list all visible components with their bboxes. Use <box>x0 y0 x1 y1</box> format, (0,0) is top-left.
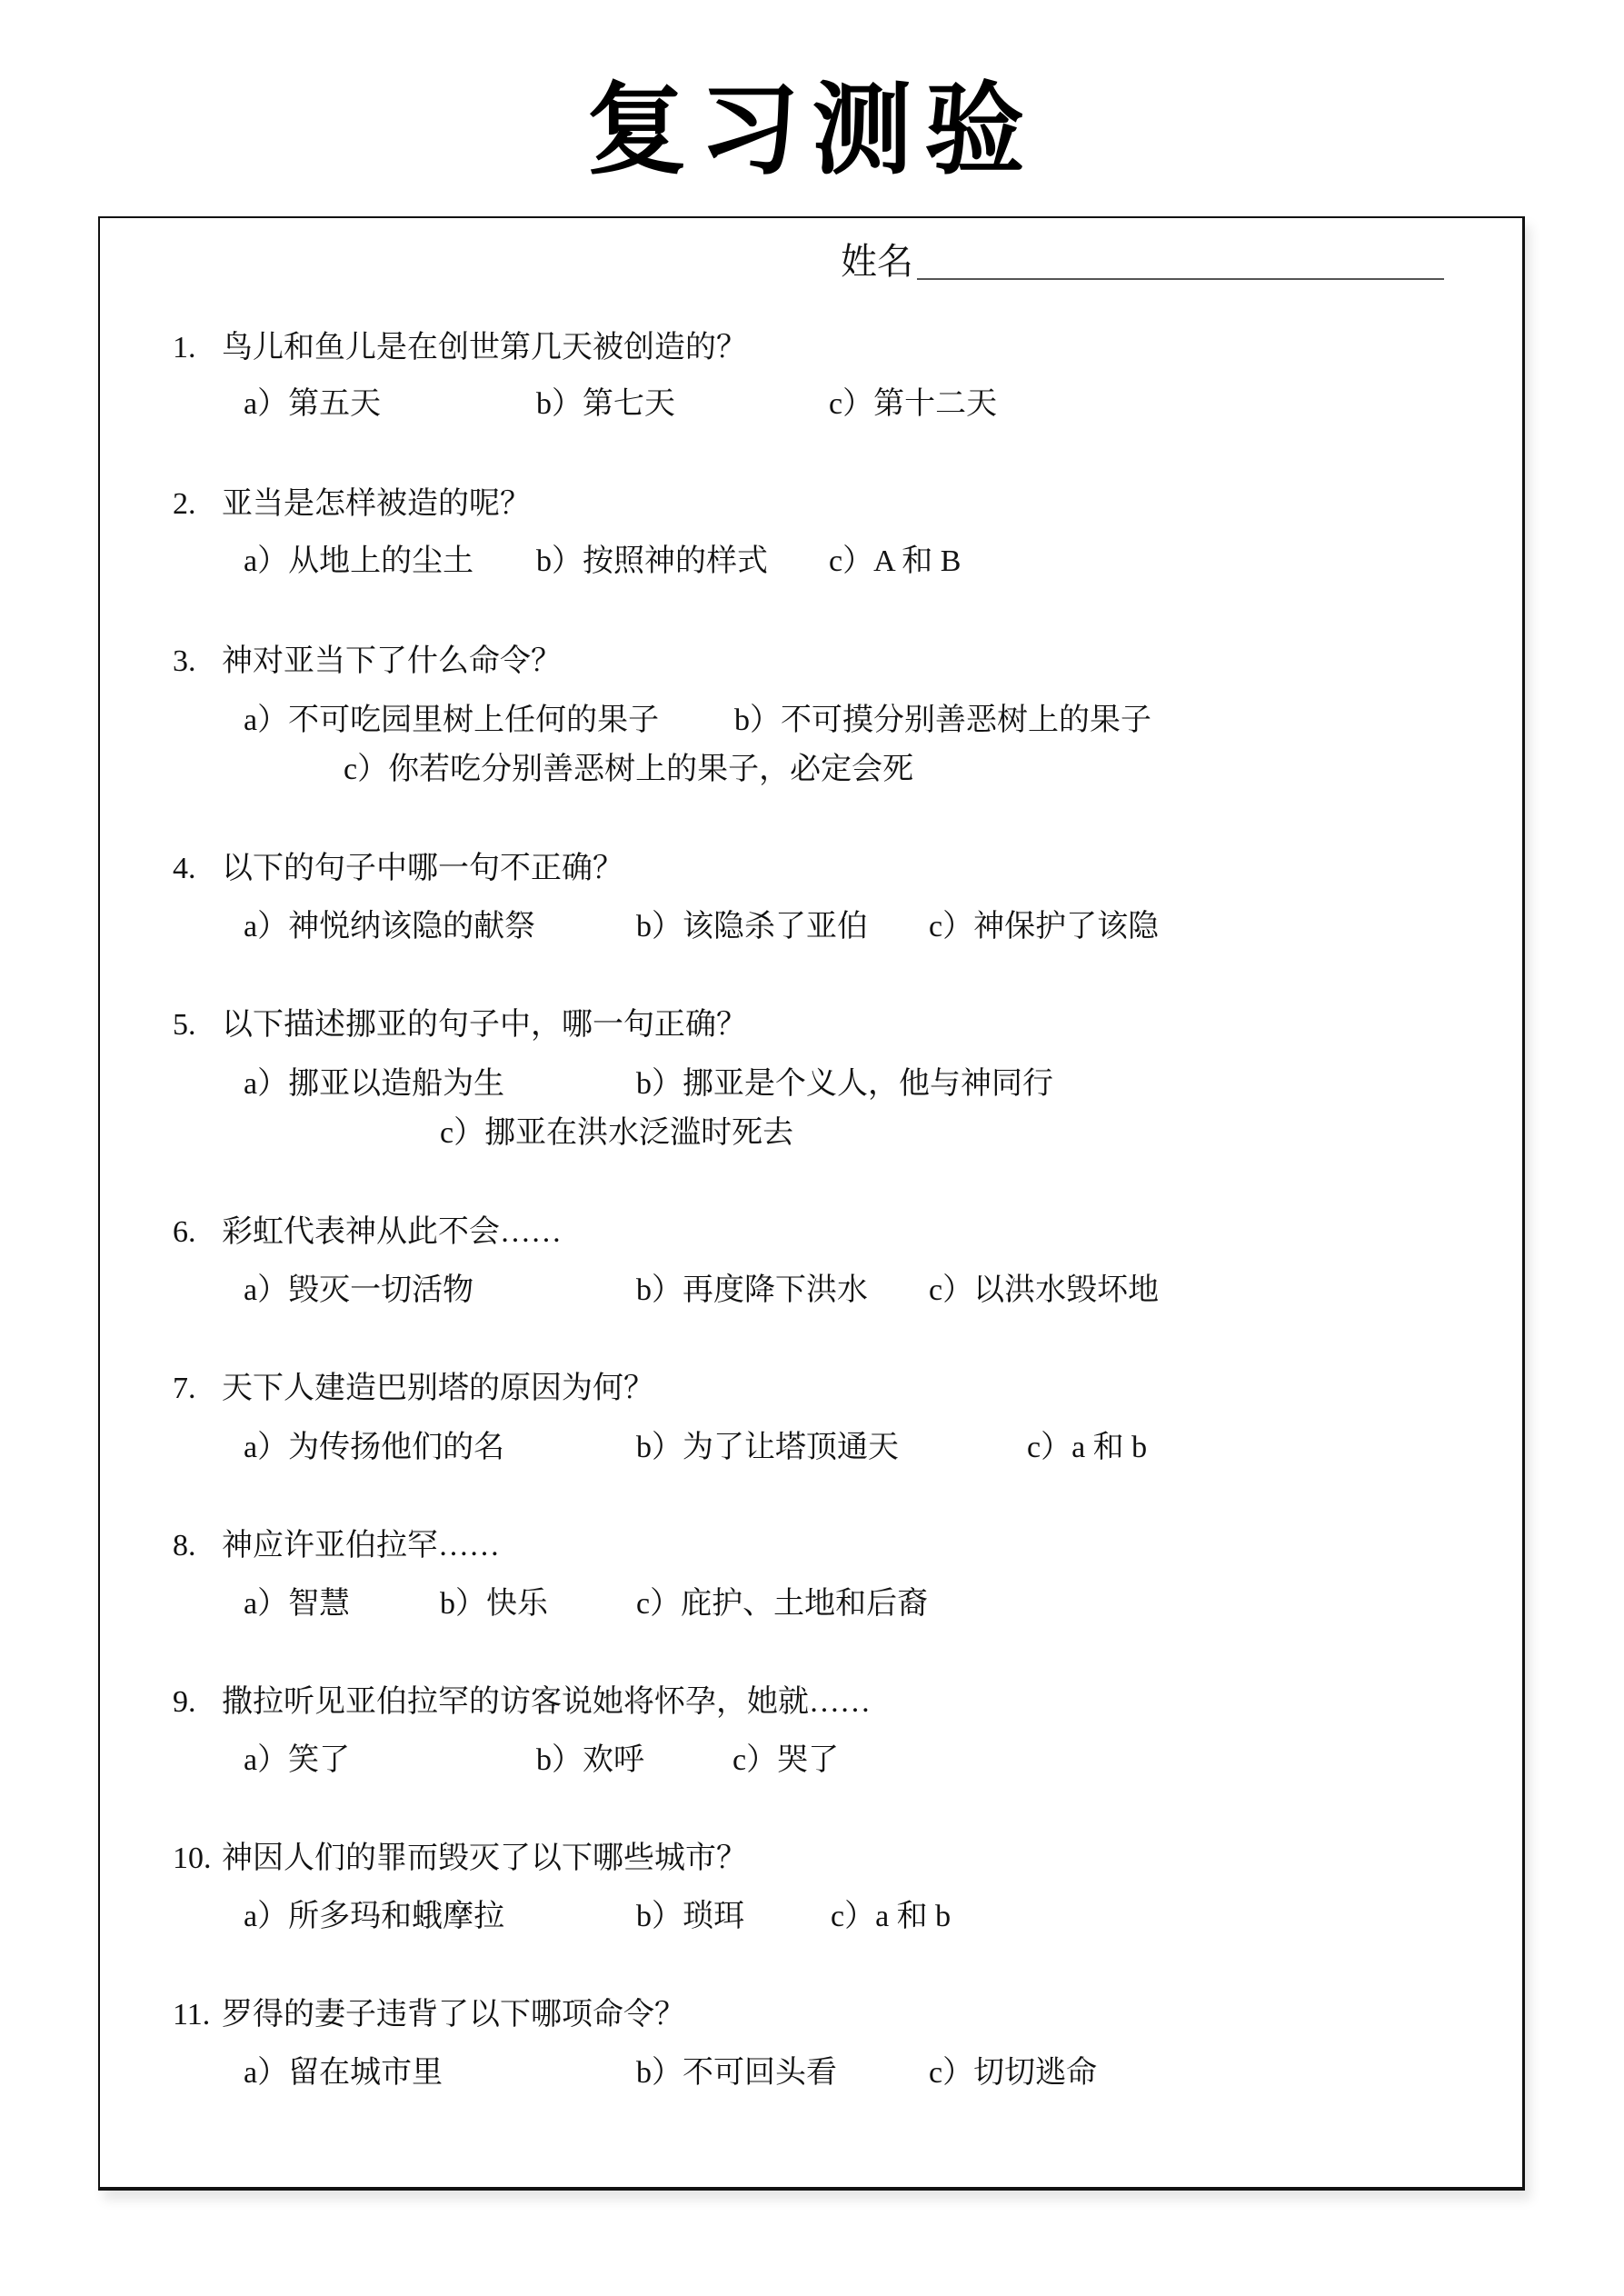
question-11: 11.罗得的妻子违背了以下哪项命令？ <box>173 2000 685 2031</box>
question-1: 1.鸟儿和鱼儿是在创世第几天被创造的？ <box>173 333 747 364</box>
name-field-row: 姓名 <box>841 244 1444 280</box>
question-2: 2.亚当是怎样被造的呢？ <box>173 489 531 520</box>
question-4: 4.以下的句子中哪一句不正确？ <box>173 854 623 884</box>
option-11a[interactable]: a）留在城市里 <box>244 2058 443 2089</box>
option-10c[interactable]: c）a 和 b <box>831 1902 951 1932</box>
option-8c[interactable]: c）庇护、土地和后裔 <box>636 1589 928 1620</box>
option-8b[interactable]: b）快乐 <box>440 1589 548 1620</box>
option-3b[interactable]: b）不可摸分别善恶树上的果子 <box>734 705 1151 736</box>
option-5a[interactable]: a）挪亚以造船为生 <box>244 1069 504 1100</box>
question-text: 天下人建造巴别塔的原因为何？ <box>222 1372 654 1405</box>
option-9c[interactable]: c）哭了 <box>732 1745 839 1776</box>
question-5: 5.以下描述挪亚的句子中，哪一句正确？ <box>173 1010 747 1041</box>
option-4a[interactable]: a）神悦纳该隐的献祭 <box>244 912 535 943</box>
option-5b[interactable]: b）挪亚是个义人，他与神同行 <box>636 1069 1053 1100</box>
question-9: 9.撒拉听见亚伯拉罕的访客说她将怀孕，她就…… <box>173 1687 871 1718</box>
option-9b[interactable]: b）欢呼 <box>536 1745 644 1776</box>
option-2a[interactable]: a）从地上的尘土 <box>244 546 473 577</box>
option-6a[interactable]: a）毁灭一切活物 <box>244 1275 473 1306</box>
question-text: 撒拉听见亚伯拉罕的访客说她将怀孕，她就…… <box>222 1685 871 1719</box>
option-11b[interactable]: b）不可回头看 <box>636 2058 837 2089</box>
option-5c[interactable]: c）挪亚在洪水泛滥时死去 <box>440 1118 793 1149</box>
question-text: 鸟儿和鱼儿是在创世第几天被创造的？ <box>222 331 747 364</box>
question-text: 神因人们的罪而毁灭了以下哪些城市？ <box>222 1842 747 1875</box>
option-9a[interactable]: a）笑了 <box>244 1745 350 1776</box>
question-text: 神应许亚伯拉罕…… <box>222 1529 500 1562</box>
question-text: 亚当是怎样被造的呢？ <box>222 487 531 521</box>
question-text: 以下描述挪亚的句子中，哪一句正确？ <box>222 1008 747 1042</box>
option-2c[interactable]: c）A 和 B <box>829 546 961 577</box>
option-2b[interactable]: b）按照神的样式 <box>536 546 768 577</box>
question-3: 3.神对亚当下了什么命令？ <box>173 646 562 677</box>
option-4b[interactable]: b）该隐杀了亚伯 <box>636 912 868 943</box>
question-text: 以下的句子中哪一句不正确？ <box>222 852 623 885</box>
question-6: 6.彩虹代表神从此不会…… <box>173 1217 562 1248</box>
option-8a[interactable]: a）智慧 <box>244 1589 350 1620</box>
name-label: 姓名 <box>841 244 913 280</box>
option-6b[interactable]: b）再度降下洪水 <box>636 1275 868 1306</box>
option-1b[interactable]: b）第七天 <box>536 389 675 420</box>
page-title: 复习测验 <box>0 80 1624 180</box>
option-1a[interactable]: a）第五天 <box>244 389 381 420</box>
option-10a[interactable]: a）所多玛和蛾摩拉 <box>244 1902 504 1932</box>
option-7b[interactable]: b）为了让塔顶通天 <box>636 1433 899 1463</box>
option-3c[interactable]: c）你若吃分别善恶树上的果子，必定会死 <box>344 754 913 785</box>
name-input-line[interactable] <box>917 245 1444 280</box>
option-10b[interactable]: b）琐珥 <box>636 1902 744 1932</box>
option-7a[interactable]: a）为传扬他们的名 <box>244 1433 504 1463</box>
question-8: 8.神应许亚伯拉罕…… <box>173 1531 500 1562</box>
option-7c[interactable]: c）a 和 b <box>1027 1433 1147 1463</box>
option-3a[interactable]: a）不可吃园里树上任何的果子 <box>244 705 659 736</box>
question-10: 10.神因人们的罪而毁灭了以下哪些城市？ <box>173 1843 747 1874</box>
option-11c[interactable]: c）切切逃命 <box>929 2058 1097 2089</box>
question-7: 7.天下人建造巴别塔的原因为何？ <box>173 1373 654 1404</box>
option-6c[interactable]: c）以洪水毁坏地 <box>929 1275 1159 1306</box>
option-1c[interactable]: c）第十二天 <box>829 389 997 420</box>
question-text: 神对亚当下了什么命令？ <box>222 644 562 678</box>
option-4c[interactable]: c）神保护了该隐 <box>929 912 1159 943</box>
question-text: 罗得的妻子违背了以下哪项命令？ <box>222 1998 685 2031</box>
question-text: 彩虹代表神从此不会…… <box>222 1215 562 1249</box>
